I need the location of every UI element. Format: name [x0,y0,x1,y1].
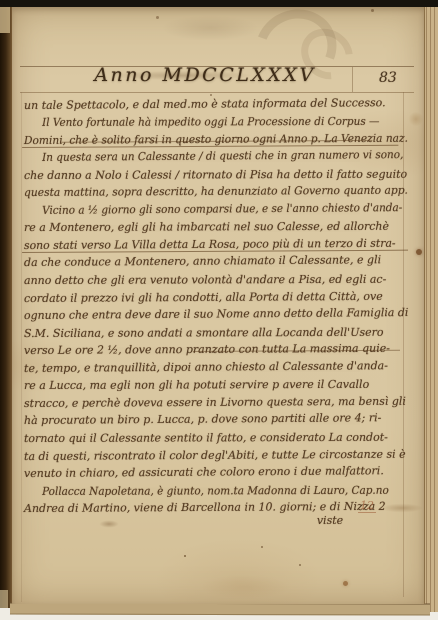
manuscript-line: Vicino a ½ giorno gli sono comparsi due,… [24,199,407,219]
manuscript-line: questa mattina, sopra descritto, ha denu… [24,182,397,201]
manuscript-line: hà procurato un biro p. Lucca, p. dove s… [24,409,408,429]
show-through-smudge [96,518,122,530]
stain-blotch [408,112,424,126]
marginal-ink-smudge [374,500,430,516]
manuscript-line: ognuno che entra deve dare il suo Nome a… [24,304,406,324]
manuscript-line: Pollacca Napoletana, è giunto, nom.ta Ma… [24,481,407,499]
manuscript-line: In questa sera un Calessante / di questi… [24,146,407,166]
manuscript-line: Il Vento fortunale hà impedito oggi La P… [24,113,407,131]
manuscript-line: S.M. Siciliana, e sono andati a smontare… [24,323,408,341]
stain-spot [210,94,212,96]
manuscript-line: verso Le ore 2 ½, dove anno pranzato con… [24,340,408,359]
stain-spot [184,555,186,557]
manuscript-line: re a Lucca, ma egli non gli ha potuti se… [24,376,408,394]
manuscript-text-block: un tale Spettacolo, e dal med.mo è stata… [0,0,438,620]
stain-spot [416,249,422,255]
manuscript-line: che danno a Nolo i Calessi / ritornato d… [24,165,408,183]
manuscript-line: tornato qui il Calessante sentito il fat… [24,429,408,447]
stain-spot [371,9,374,12]
stain-blotch [200,575,290,599]
manuscript-line: te, tempo, e tranquillità, dipoi anno ch… [24,357,408,377]
manuscript-line: re a Montenero, egli gli ha imbarcati ne… [24,218,408,236]
manuscript-line: anno detto che gli era venuto volontà d'… [24,271,408,289]
manuscript-scan: Anno MDCCLXXXV 83 un tale Spettacolo, e … [0,0,438,620]
stain-spot [261,546,263,548]
catchword: viste [295,514,365,527]
stain-spot [156,16,159,19]
manuscript-line: venuto in chiaro, ed assicurati che colo… [24,462,408,482]
stain-spot [343,581,348,586]
stain-spot [299,564,301,566]
manuscript-line: un tale Spettacolo, e dal med.mo è stata… [24,93,408,113]
manuscript-line: da che conduce a Montenero, anno chiamat… [24,251,408,271]
